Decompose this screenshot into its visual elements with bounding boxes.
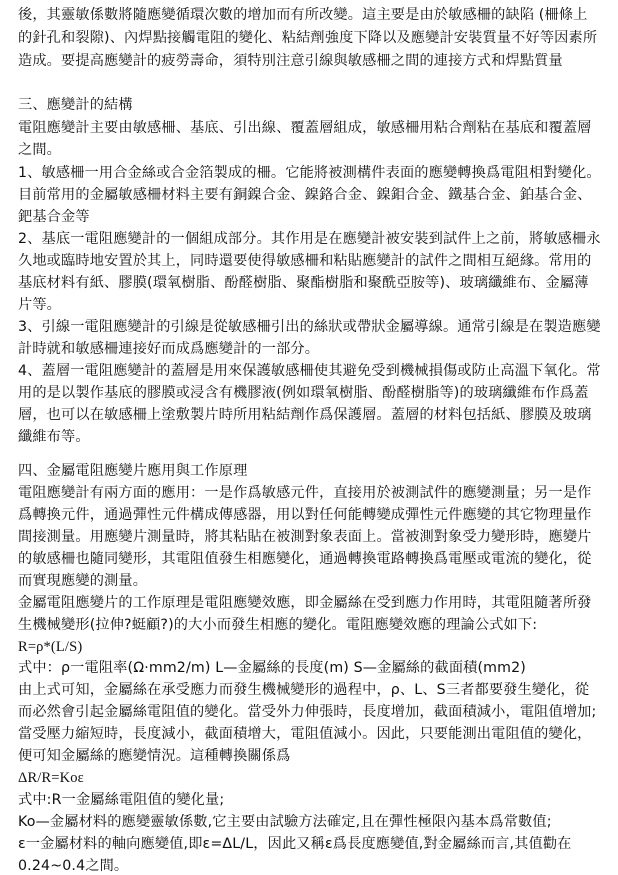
section-3-line-1: 電阻應變計主要由敏感柵、基底、引出線、覆蓋層組成，敏感柵用粘合劑粘在基底和覆蓋層 (18, 117, 592, 139)
section-3-line-11: 計時就和敏感柵連接好而成爲應變計的一部分。 (18, 338, 319, 360)
intro-line-1: 後，其靈敏係數將隨應變循環次數的增加而有所改變。這主要是由於敏感柵的缺陷 (柵條… (18, 4, 588, 26)
section-4-line-3: 間接測量。用應變片測量時，將其粘貼在被測對象表面上。當被測對象受力變形時，應變片 (18, 526, 592, 548)
strain-formula: ΔR/R=Koε (18, 767, 84, 789)
section-3-line-6: 2、基底一電阻應變計的一個組成部分。其作用是在應變計被安裝到試件上之前，將敏感柵… (18, 228, 601, 250)
section-3-line-10: 3、引線一電阻應變計的引線是從敏感柵引出的絲狀或帶狀金屬導線。通常引線是在製造應… (18, 316, 601, 338)
section-4-line-9: 而必然會引起金屬絲電阻值的變化。當受外力伸張時，長度增加，截面積減小，電阻值增加… (18, 701, 596, 723)
section-3-line-9: 片等。 (18, 294, 61, 316)
section-4-line-11: 便可知金屬絲的應變情況。這種轉換關係爲 (18, 745, 290, 767)
section-4-line-4: 的敏感柵也隨同變形，其電阻值發生相應變化，通過轉換電路轉換爲電壓或電流的變化，從 (18, 548, 592, 570)
section-4-line-5: 而實現應變的測量。 (18, 570, 147, 592)
intro-line-3: 造成。要提高應變計的疲勞壽命，須特別注意引線與敏感柵之間的連接方式和焊點質量 (18, 50, 563, 72)
definition-line-3: ε一金屬材料的軸向應變值,即ε=ΔL/L，因此又稱ε爲長度應變值,對金屬絲而言,… (18, 833, 572, 855)
section-3-line-14: 層，也可以在敏感柵上塗敷製片時所用粘結劑作爲保護層。蓋層的材料包括紙、膠膜及玻璃 (18, 404, 592, 426)
formula-definition: 式中：ρ一電阻率(Ω·mm2/m) L—金屬絲的長度(m) S—金屬絲的截面積(… (18, 657, 526, 679)
definition-line-1: 式中:R一金屬絲電阻值的變化量; (18, 789, 224, 811)
definition-line-2: Ko—金屬材料的應變靈敏係數,它主要由試驗方法確定,且在彈性極限內基本爲常數值; (18, 811, 552, 833)
definition-line-4: 0.24~0.4之間。 (18, 855, 128, 875)
section-4-line-6: 金屬電阻應變片的工作原理是電阻應變效應，即金屬絲在受到應力作用時，其電阻隨著所發 (18, 592, 592, 614)
resistance-formula: R=ρ*(L/S) (18, 636, 82, 658)
section-3-line-12: 4、蓋層一電阻應變計的蓋層是用來保護敏感柵使其避免受到機械損傷或防止高溫下氧化。… (18, 360, 601, 382)
intro-line-2: 的針孔和裂隙)、內焊點接觸電阻的變化、粘結劑強度下降以及應變計安裝質量不好等因素… (18, 27, 597, 49)
section-3-line-2: 之間。 (18, 139, 61, 161)
section-4-line-1: 電阻應變計有兩方面的應用：一是作爲敏感元件，直接用於被測試件的應變測量；另一是作 (18, 482, 592, 504)
section-3-line-3: 1、敏感柵一用合金絲或合金箔製成的柵。它能將被測構件表面的應變轉換爲電阻相對變化… (18, 162, 601, 184)
section-4-line-2: 爲轉換元件，通過彈性元件構成傳感器，用以對任何能轉變成彈性元件應變的其它物理量作 (18, 504, 592, 526)
section-4-line-10: 當受壓力縮短時，長度減小，截面積增大，電阻值減小。因此，只要能測出電阻值的變化， (18, 723, 592, 745)
section-3-line-8: 基底材料有紙、膠膜(環氧樹脂、酚醛樹脂、聚酯樹脂和聚酰亞胺等)、玻璃纖維布、金屬… (18, 272, 589, 294)
section-3-line-4: 目前常用的金屬敏感柵材料主要有銅鎳合金、鎳鉻合金、鎳鉬合金、鐵基合金、鉑基合金、 (18, 184, 592, 206)
section-4-line-7: 生機械變形(拉伸?蜓顧?)的大小而發生相應的變化。電阻應變效應的理論公式如下: (18, 614, 537, 636)
section-3-line-15: 纖維布等。 (18, 426, 90, 448)
section-3-line-5: 鈀基合金等 (18, 206, 90, 228)
section-4-heading: 四、金屬電阻應變片應用與工作原理 (18, 460, 247, 482)
section-4-line-8: 由上式可知，金屬絲在承受應力而發生機械變形的過程中，ρ、L、S三者都要發生變化，… (18, 679, 589, 701)
section-3-line-7: 久地或臨時地安置於其上，同時還要使得敏感柵和粘貼應變計的試件之間相互絕緣。常用的 (18, 250, 592, 272)
section-3-line-13: 用的是以製作基底的膠膜或浸含有機膠液(例如環氧樹脂、酚醛樹脂等)的玻璃纖維布作爲… (18, 382, 589, 404)
section-3-heading: 三、應變計的結構 (18, 94, 133, 116)
